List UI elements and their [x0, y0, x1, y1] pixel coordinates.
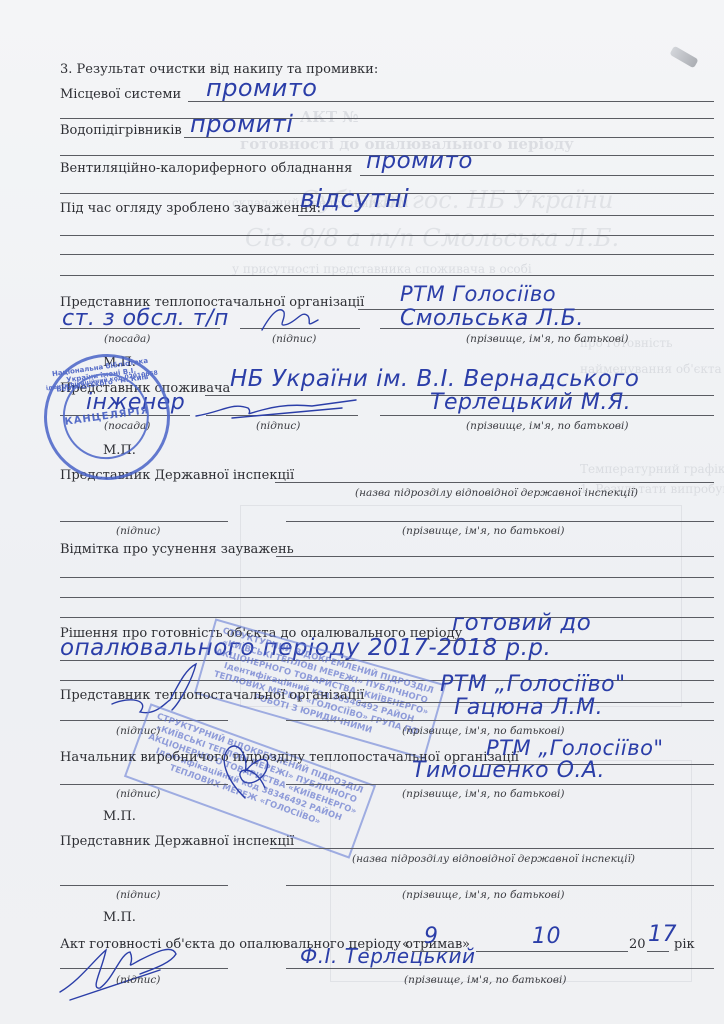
unit-caption: (назва підрозділу відповідної державної …: [352, 853, 635, 865]
library-round-stamp: Національна бібліотека України імені В.І…: [36, 346, 178, 488]
heat-supplier-2-name-value[interactable]: Гацюна Л.М.: [454, 697, 603, 719]
year-prefix: 20: [629, 937, 646, 953]
consumer-org-value[interactable]: НБ України ім. В.І. Вернадського: [230, 368, 639, 391]
state-inspection-2-unit-line: [270, 848, 714, 849]
signature-caption: (підпис): [116, 974, 160, 986]
signature-caption: (підпис): [116, 889, 160, 901]
remarks-field-line: [298, 215, 714, 216]
receipt-name-value[interactable]: Ф.І. Терлецький: [300, 946, 475, 966]
signature-line: [60, 885, 228, 886]
signature-caption: (підпис): [256, 420, 300, 432]
document-page: АКТ № готовності до опалювального період…: [0, 0, 724, 1024]
receipt-signature: [50, 930, 190, 1010]
heat-supplier-position-value[interactable]: ст. з обсл. т/п: [62, 308, 229, 330]
name-caption: (прізвище, ім'я, по батькові): [466, 420, 628, 432]
month-line: [476, 951, 628, 952]
name-caption: (прізвище, ім'я, по батькові): [402, 788, 564, 800]
blank-line: [60, 275, 714, 276]
unit-caption: (назва підрозділу відповідної державної …: [355, 487, 638, 499]
remediation-field-line: [276, 556, 714, 557]
heat-supplier-org-value[interactable]: РТМ Голосіїво: [400, 284, 556, 305]
blank-line: [60, 235, 714, 236]
remarks-label: Під час огляду зроблено зауваження:: [60, 201, 321, 217]
blank-line: [60, 577, 714, 578]
heat-supplier-name-value[interactable]: Смольська Л.Б.: [400, 308, 584, 330]
name-caption: (прізвище, ім'я, по батькові): [402, 889, 564, 901]
signature-caption: (підпис): [272, 333, 316, 345]
position-caption: (посада): [104, 333, 150, 345]
name-caption: (прізвище, ім'я, по батькові): [402, 525, 564, 537]
name-line: [286, 720, 714, 721]
decision-value-1[interactable]: готовий до: [452, 612, 591, 635]
heat-supplier-2-org-value[interactable]: РТМ „Голосіїво": [440, 674, 626, 696]
water-heaters-label: Водопідігрівників: [60, 123, 182, 139]
ventilation-value[interactable]: промито: [366, 150, 473, 173]
blank-line: [60, 597, 714, 598]
blank-line: [60, 254, 714, 255]
staple-mark: [669, 46, 698, 69]
production-head-signature: [205, 728, 285, 808]
consumer-name-value[interactable]: Терлецький М.Я.: [430, 392, 631, 414]
production-head-name-value[interactable]: Тимошенко О.А.: [412, 760, 605, 782]
bleedthrough-line-5: Температурний графік: [580, 462, 724, 476]
water-heaters-value[interactable]: промиті: [190, 112, 293, 136]
seal-place-3: М.П.: [103, 809, 136, 825]
local-system-value[interactable]: промито: [206, 76, 317, 100]
signature-caption: (підпис): [116, 788, 160, 800]
remediation-label: Відмітка про усунення зауважень: [60, 542, 294, 558]
name-line: [286, 885, 714, 886]
bleedthrough-line-2: у присутності представника споживача в о…: [232, 262, 532, 276]
signature-line: [60, 521, 228, 522]
name-line: [380, 415, 714, 416]
remarks-value[interactable]: відсутні: [300, 186, 409, 211]
seal-place-4: М.П.: [103, 910, 136, 926]
ventilation-label: Вентиляційно-калориферного обладнання: [60, 161, 352, 177]
ventilation-field-line: [360, 175, 714, 176]
receipt-year[interactable]: 17: [648, 924, 677, 946]
signature-caption: (підпис): [116, 525, 160, 537]
name-line: [286, 521, 714, 522]
signature-line: [60, 784, 228, 785]
name-line: [286, 784, 714, 785]
production-head-org-value[interactable]: РТМ „Голосіїво": [486, 738, 664, 759]
name-line: [286, 968, 714, 969]
state-inspection-unit-line: [275, 482, 714, 483]
state-inspection-2-label: Представник Державної інспекції: [60, 834, 294, 850]
name-caption: (прізвище, ім'я, по батькові): [466, 333, 628, 345]
year-word: рік: [674, 937, 695, 953]
bleedthrough-act-number: АКТ №: [300, 108, 359, 126]
blank-line: [60, 617, 714, 618]
receipt-month[interactable]: 10: [532, 926, 561, 948]
name-caption: (прізвище, ім'я, по батькові): [404, 974, 566, 986]
year-line: [647, 951, 669, 952]
local-system-label: Місцевої системи: [60, 87, 181, 103]
blank-line: [60, 118, 714, 119]
